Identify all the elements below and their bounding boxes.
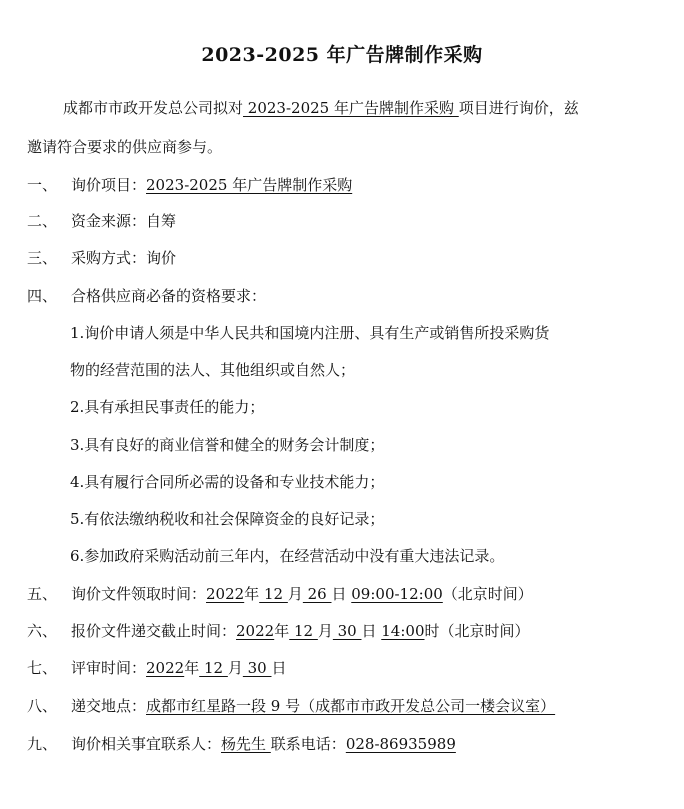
section-submission-location: 八、递交地点：成都市红星路一段 9 号（成都市市政开发总公司一楼会议室） [27,695,555,717]
requirement-item: 4.具有履行合同所必需的设备和专业技术能力； [70,471,384,493]
year-value: 2022 [236,622,274,640]
section-label: 资金来源： [71,212,146,230]
day-value: 26 [303,585,332,603]
section-procurement-method: 三、采购方式：询价 [27,247,176,269]
section-label: 询价项目： [71,176,146,194]
section-inquiry-project: 一、询价项目：2023-2025 年广告牌制作采购 [27,174,352,196]
section-qualifications: 四、合格供应商必备的资格要求： [27,285,266,307]
timezone-note: （北京时间） [440,622,530,640]
section-label: 询价文件领取时间： [71,585,206,603]
section-number: 八、 [27,695,71,717]
section-number: 七、 [27,657,71,679]
section-label: 递交地点： [71,697,146,715]
month-unit: 月 [228,659,243,677]
day-value: 30 [333,622,362,640]
day-unit: 日 [271,659,286,677]
intro-suffix: 项目进行询价，兹 [459,99,579,117]
requirement-item: 6.参加政府采购活动前三年内，在经营活动中没有重大违法记录。 [70,545,504,567]
section-contact: 九、询价相关事宜联系人：杨先生 联系电话：028-86935989 [27,733,456,755]
year-unit: 年 [274,622,289,640]
day-unit: 日 [331,585,351,603]
section-label: 询价相关事宜联系人： [71,735,221,753]
timezone-note: （北京时间） [443,585,533,603]
section-number: 六、 [27,620,71,642]
month-unit: 月 [318,622,333,640]
year-unit: 年 [244,585,259,603]
section-number: 三、 [27,247,71,269]
time-unit: 时 [425,622,440,640]
month-value: 12 [289,622,318,640]
intro-line-2: 邀请符合要求的供应商参与。 [27,136,222,158]
section-label: 报价文件递交截止时间： [71,622,236,640]
time-value: 09:00-12:00 [351,585,443,603]
section-number: 九、 [27,733,71,755]
location-value: 成都市红星路一段 9 号（成都市市政开发总公司一楼会议室） [146,697,555,715]
section-label: 采购方式： [71,249,146,267]
section-fund-source: 二、资金来源：自筹 [27,210,176,232]
requirement-item: 1.询价申请人须是中华人民共和国境内注册、具有生产或销售所投采购货 [70,322,549,344]
section-number: 一、 [27,174,71,196]
intro-project-name: 2023-2025 年广告牌制作采购 [243,99,459,117]
year-value: 2022 [206,585,244,603]
section-value: 询价 [146,249,176,267]
section-value: 自筹 [146,212,176,230]
year-unit: 年 [184,659,199,677]
section-label: 合格供应商必备的资格要求： [71,287,266,305]
section-number: 四、 [27,285,71,307]
month-value: 12 [259,585,288,603]
contact-person: 杨先生 [221,735,271,753]
requirement-item: 3.具有良好的商业信誉和健全的财务会计制度； [70,434,384,456]
section-number: 二、 [27,210,71,232]
year-value: 2022 [146,659,184,677]
day-unit: 日 [361,622,381,640]
section-review-time: 七、评审时间：2022年 12 月 30 日 [27,657,287,679]
section-number: 五、 [27,583,71,605]
section-label: 评审时间： [71,659,146,677]
page-title: 2023-2025 年广告牌制作采购 [0,41,684,69]
section-document-pickup-time: 五、询价文件领取时间：2022年 12 月 26 日 09:00-12:00（北… [27,583,533,605]
requirement-item: 5.有依法缴纳税收和社会保障资金的良好记录； [70,508,384,530]
month-value: 12 [199,659,228,677]
intro-line-1: 成都市市政开发总公司拟对 2023-2025 年广告牌制作采购 项目进行询价，兹 [63,97,579,119]
section-value: 2023-2025 年广告牌制作采购 [146,176,352,194]
day-value: 30 [243,659,272,677]
intro-prefix: 成都市市政开发总公司拟对 [63,99,243,117]
phone-label: 联系电话： [271,735,346,753]
month-unit: 月 [288,585,303,603]
requirement-item: 物的经营范围的法人、其他组织或自然人； [70,359,355,381]
phone-number: 028-86935989 [346,735,456,753]
time-value: 14:00 [381,622,424,640]
requirement-item: 2.具有承担民事责任的能力； [70,396,264,418]
section-submission-deadline: 六、报价文件递交截止时间：2022年 12 月 30 日 14:00时（北京时间… [27,620,530,642]
